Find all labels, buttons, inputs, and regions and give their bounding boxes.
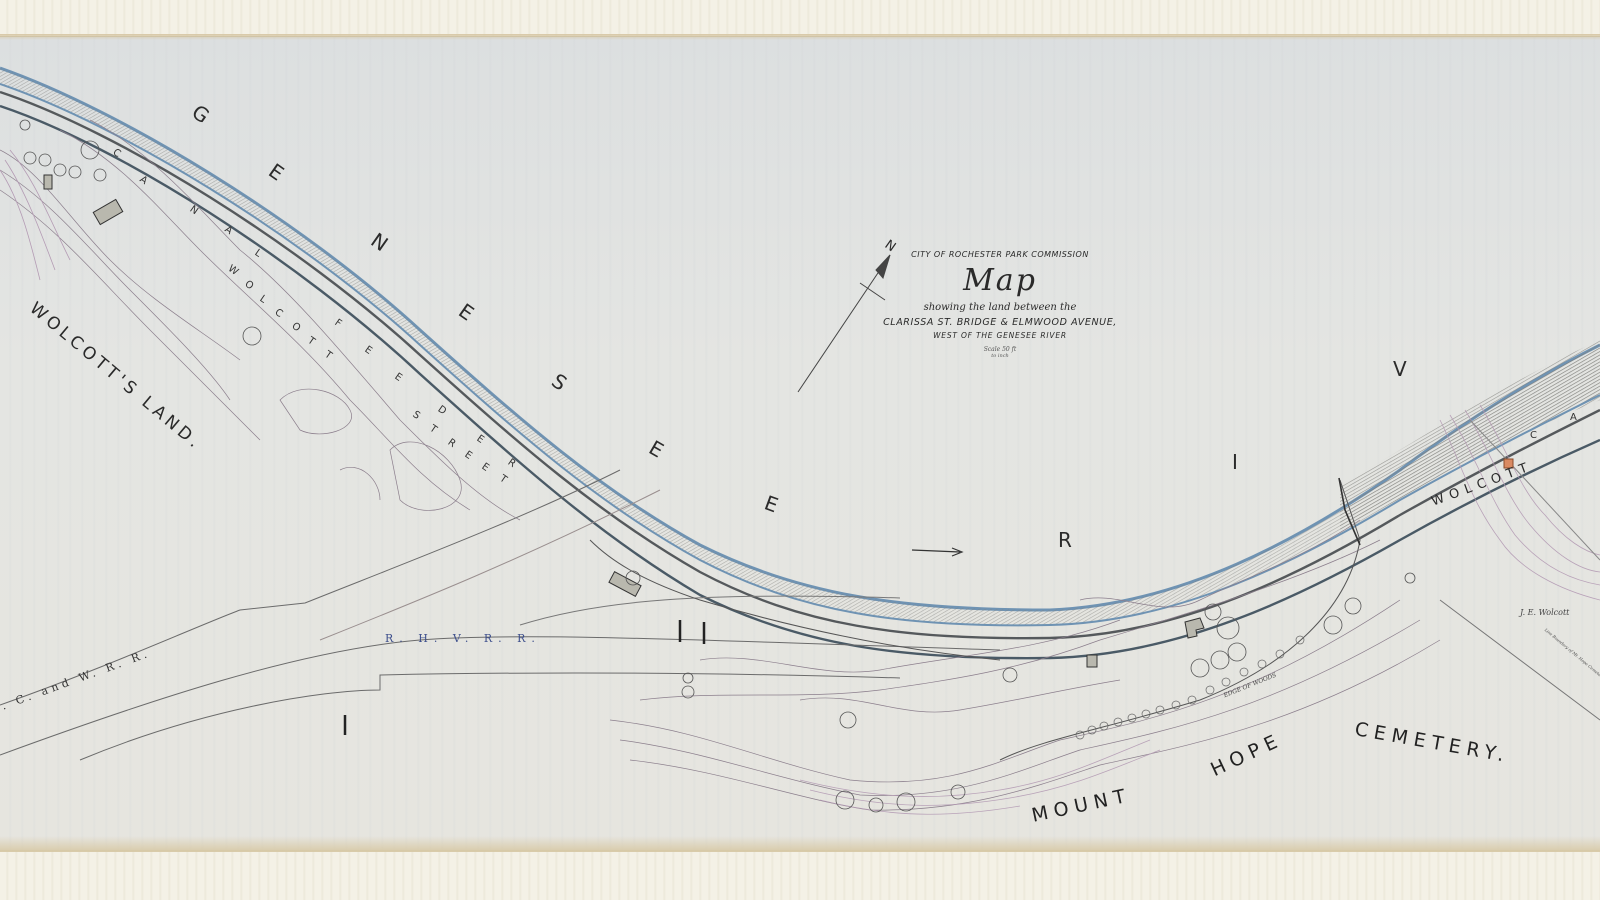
canal-right-letter: A <box>1570 412 1577 423</box>
rhvrr-label: R. H. V. R. R. <box>385 632 541 645</box>
river-letter: I <box>1232 450 1238 474</box>
canal-right-letter: C <box>1530 430 1537 441</box>
contours-left-pink <box>0 150 70 280</box>
flow-arrow-icon <box>912 548 962 556</box>
commission-name: CITY OF ROCHESTER PARK COMMISSION <box>870 250 1130 259</box>
river-letter: R <box>1058 528 1072 552</box>
railroads <box>0 470 1000 760</box>
map-location: WEST OF THE GENESEE RIVER <box>870 331 1130 340</box>
map-drawing <box>0 0 1600 900</box>
canal-feeder <box>0 92 1600 658</box>
edge-of-woods-trees <box>1076 636 1304 739</box>
map-scale-sub: to inch <box>870 353 1130 359</box>
map-limits: CLARISSA ST. BRIDGE & ELMWOOD AVENUE, <box>870 317 1130 328</box>
map-scale: Scale 50 ft <box>870 346 1130 353</box>
contours-left <box>0 120 520 520</box>
river-letter: V <box>1393 357 1407 381</box>
owner-note: J. E. Wolcott <box>1520 608 1569 617</box>
map-subtitle: showing the land between the <box>870 302 1130 313</box>
map-heading: Map <box>870 263 1130 298</box>
title-block: CITY OF ROCHESTER PARK COMMISSION Map sh… <box>870 250 1130 359</box>
